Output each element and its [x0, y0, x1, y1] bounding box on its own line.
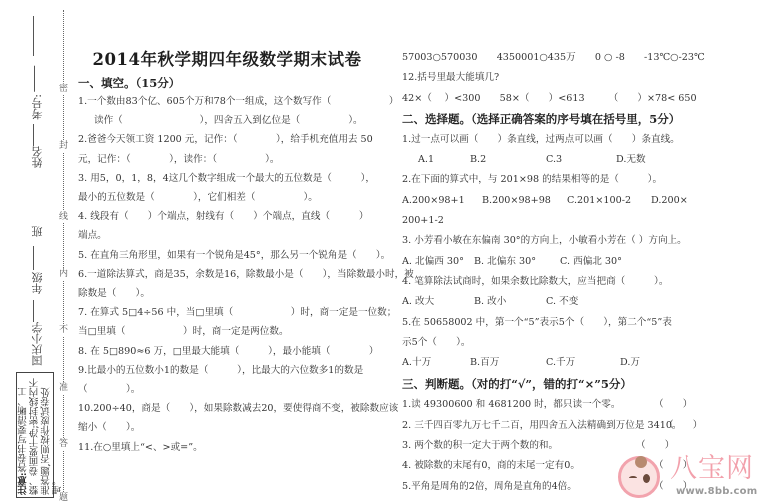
question-line: 3. 用5，0，1，8，4这几个数字组成一个最大的五位数是（ ）， — [78, 169, 370, 188]
compare-line: 57003○570030 4350001○435万 0 ○ -8 -13℃○-2… — [402, 48, 752, 68]
seal-char: 封 — [57, 140, 70, 152]
judge-answer-blank[interactable]: （ ） — [664, 416, 702, 436]
question-line: 7. 在算式 5□4÷56 中，当□里填（ ）时，商一定是一位数； — [78, 303, 370, 322]
option-a: A. 北偏西 30° — [402, 252, 474, 272]
question-line: 最小的五位数是（ ），它们相差（ ）。 — [78, 188, 370, 207]
class-label: 班 — [31, 226, 44, 237]
judge-question: 5.平角是周角的2倍，周角是直角的4倍。 — [402, 477, 654, 497]
section-fill-in-title: 一、填空。（15分） — [78, 74, 370, 92]
section-choice-title: 二、选择题。（选择正确答案的序号填在括号里，5分） — [402, 109, 752, 130]
class-field: 班 — [30, 226, 46, 237]
exam-number-line[interactable] — [30, 14, 43, 58]
exam-title: 2014年秋学期四年级数学期末试卷 — [84, 46, 370, 70]
choice-continuation: 示5个（ ）。 — [402, 333, 752, 353]
judge-question: 2. 三千四百零九万七千二百，用四舍五入法精确到万位是 3410。 — [402, 416, 664, 436]
question-line: 元，记作：（ ），读作：（ ）。 — [78, 150, 370, 169]
option-b: B.百万 — [470, 353, 546, 373]
notice-box: 注意:答卷书写要清晰、工整、卷面要干净;密封线内不准答题,否则按作废试卷处理。 — [16, 372, 54, 498]
choice-question: 4. 笔算除法试商时，如果余数比除数大，应当把商（ ）。 — [402, 272, 752, 292]
watermark-logo: 八宝网 www.8bb.com — [618, 452, 757, 504]
question-line: （ ）。 — [78, 380, 370, 399]
name-field: 姓名 — [30, 146, 46, 168]
watermark-brand: 八宝网 — [670, 454, 754, 484]
option-d: D.无数 — [616, 150, 646, 170]
choice-options: A. 北偏西 30° B. 北偏东 30° C. 西偏北 30° — [402, 252, 752, 272]
option-a: A.200×98+1 — [402, 191, 482, 211]
question-line: 当□里填（ ）时，商一定是两位数。 — [78, 322, 370, 341]
option-b: B. 北偏东 30° — [474, 252, 560, 272]
exam-number-label: 考号: — [31, 94, 44, 120]
judge-item: 2. 三千四百零九万七千二百，用四舍五入法精确到万位是 3410。 （ ） — [402, 416, 752, 436]
school-field: 国庆小学 — [30, 322, 46, 366]
option-b: B. 改小 — [474, 292, 546, 312]
option-a: A.十万 — [402, 353, 470, 373]
judge-item: 1.读 49300600 和 4681200 时，都只读一个零。 （ ） — [402, 395, 752, 415]
option-c: C. 西偏北 30° — [560, 252, 622, 272]
seal-char: 准 — [57, 382, 70, 394]
choice-options: A.1 B.2 C.3 D.无数 — [402, 150, 752, 170]
exam-number-field: 考号: — [30, 64, 46, 120]
baby-face-icon — [618, 456, 660, 498]
judge-question: 4. 被除数的末尾有0，商的末尾一定有0。 — [402, 456, 654, 476]
grade-label: 年级 — [31, 272, 44, 294]
school-label: 国庆小学 — [31, 322, 44, 366]
choice-question: 2.在下面的算式中，与 201×98 的结果相等的是（ ）。 — [402, 170, 752, 190]
choice-question: 1.过一点可以画（ ）条直线，过两点可以画（ ）条直线。 — [402, 130, 752, 150]
choice-options: A.十万 B.百万 C.千万 D.万 — [402, 353, 752, 373]
question-line: 11.在○里填上“<、>或=”。 — [78, 438, 370, 457]
question-line: 读作（ ），四舍五入到亿位是（ ）。 — [78, 111, 370, 130]
option-b: B.2 — [470, 150, 546, 170]
seal-char: 密 — [57, 83, 70, 95]
seal-char: 题 — [57, 492, 70, 504]
question-line: 9.比最小的五位数小1的数是（ ），比最大的六位数多1的数是 — [78, 361, 370, 380]
judge-question: 3. 两个数的积一定大于两个数的和。 — [402, 436, 636, 456]
question-12: 12.括号里最大能填几? — [402, 68, 752, 88]
question-line: 除数是（ ）。 — [78, 284, 370, 303]
option-c: C.3 — [546, 150, 616, 170]
grade-field: 年级 — [30, 272, 46, 294]
option-c: C.201×100-2 — [567, 191, 651, 211]
seal-char: 不 — [57, 324, 70, 336]
option-c: C. 不变 — [546, 292, 578, 312]
choice-question: 3. 小芳看小敏在东偏南 30°的方向上，小敏看小芳在（ ）方向上。 — [402, 231, 752, 251]
class-line[interactable] — [30, 244, 43, 272]
question-line: 2.爸爸今天领工资 1200 元，记作：（ ），给手机充值用去 50 — [78, 130, 370, 149]
right-column: 57003○570030 4350001○435万 0 ○ -8 -13℃○-2… — [402, 48, 752, 497]
question-line: 端点。 — [78, 226, 370, 245]
option-c: C.千万 — [546, 353, 620, 373]
option-d: D.万 — [620, 353, 640, 373]
seal-char: 内 — [57, 268, 70, 280]
choice-continuation: 200+1-2 — [402, 211, 752, 231]
option-a: A. 改大 — [402, 292, 474, 312]
name-label: 姓名 — [31, 146, 44, 168]
seal-char: 线 — [57, 211, 70, 223]
question-line: 6.一道除法算式，商是35，余数是16，除数最小是（ ），当除数最小时，被 — [78, 265, 370, 284]
choice-options: A.200×98+1 B.200×98+98 C.201×100-2 D.200… — [402, 191, 752, 211]
choice-question: 5.在 50658002 中，第一个“5”表示5个（ ），第二个“5”表 — [402, 313, 752, 333]
option-a: A.1 — [418, 150, 470, 170]
judge-question: 1.读 49300600 和 4681200 时，都只读一个零。 — [402, 395, 654, 415]
watermark-url: www.8bb.com — [676, 486, 757, 497]
question-line: 8. 在 5□890≈6 万，□里最大能填（ ），最小能填（ ） — [78, 342, 370, 361]
binding-margin: 考号: 姓名 班 年级 国庆小学 注意:答卷书写要清晰、工整、卷面要干净;密封线… — [0, 0, 62, 504]
notice-bold-label: 注意: — [18, 472, 29, 495]
question-line: 10.200÷40，商是（ ），如果除数减去20，要使得商不变，被除数应该 — [78, 399, 370, 418]
option-d: D.200× — [651, 191, 688, 211]
choice-options: A. 改大 B. 改小 C. 不变 — [402, 292, 752, 312]
left-column: 2014年秋学期四年级数学期末试卷 一、填空。（15分） 1.一个数由83个亿、… — [78, 46, 370, 457]
question-12-items: 42×（ ）<300 58×（ ）<613 （ ）×78< 650 — [402, 89, 752, 109]
section-judge-title: 三、判断题。（对的打“√”，错的打“×”5分） — [402, 373, 752, 395]
question-line: 4. 线段有（ ）个端点，射线有（ ）个端点，直线（ ） — [78, 207, 370, 226]
question-line: 缩小（ ）。 — [78, 418, 370, 437]
grade-line[interactable] — [30, 298, 43, 324]
question-line: 5. 在直角三角形里，如果有一个锐角是45°，那么另一个锐角是（ ）。 — [78, 246, 370, 265]
option-b: B.200×98+98 — [482, 191, 567, 211]
seal-char: 答 — [57, 438, 70, 450]
question-line: 1.一个数由83个亿、605个万和78个一组成，这个数写作（ ） — [78, 92, 370, 111]
name-line[interactable] — [30, 122, 43, 148]
judge-answer-blank[interactable]: （ ） — [654, 395, 692, 415]
